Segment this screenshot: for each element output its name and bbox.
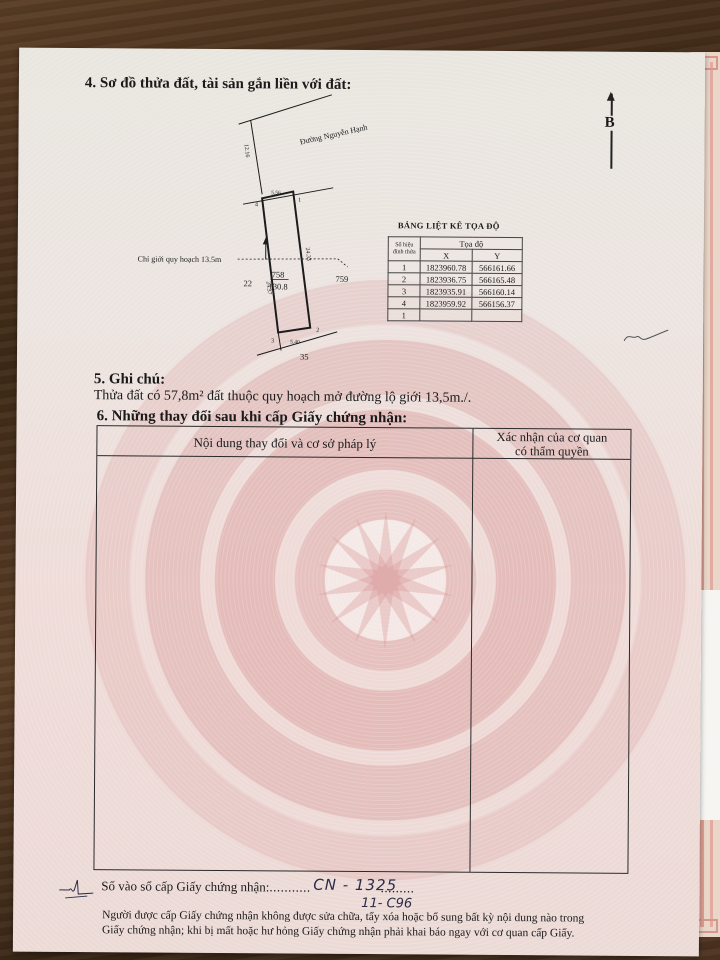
coordinate-table: Số hiệu đỉnh thửa Tọa độ X Y 1 1823960.7… [387,236,523,322]
point-cell: 3 [388,285,420,297]
edge-top-length: 5.56 [271,190,281,196]
edge-road-length: 12.16 [243,144,251,158]
y-cell: 566161.66 [472,261,522,273]
initial-signature [57,876,97,906]
edge-right-length: 24.33 [304,247,312,261]
parcel-area: 130.8 [268,281,287,291]
neighbor-parcel-35: 35 [300,352,309,362]
col-x-header: X [420,249,472,261]
pen-mark [622,327,672,347]
registry-label: Số vào sổ cấp Giấy chứng nhận: [101,878,269,894]
vertex-3: 3 [271,338,274,344]
plot-diagram: Đường Nguyễn Hạnh 12.16 5.56 1 4 24.33 2… [17,48,705,383]
road-name-label: Đường Nguyễn Hạnh [299,123,368,147]
vertex-1: 1 [298,198,301,204]
certificate-page: 4. Sơ đồ thửa đất, tài sản gắn liền với … [13,48,705,957]
y-cell: 566165.48 [472,273,522,285]
neighbor-parcel-22: 22 [243,278,252,288]
point-cell: 1 [388,261,420,273]
edge-bottom-length: 5.40 [290,340,300,346]
x-cell: 1823959.92 [420,297,472,309]
x-cell: 1823936.75 [420,273,472,285]
authority-confirmation-cell [470,460,630,873]
table-row: 1 1823960.78 566161.66 [388,261,522,274]
authority-header-line-1: Xác nhận của cơ quan [473,430,630,445]
y-cell: 566156.37 [472,297,522,309]
certificate-warning: Người được cấp Giấy chứng nhận không đượ… [102,908,662,942]
planning-line-label: Chỉ giới quy hoạch 13.5m [138,254,222,264]
table-row: 3 1823935.91 566160.14 [388,285,522,298]
col-coord-group-header: Tọa độ [420,237,522,250]
dot-leader: ........... [269,879,310,894]
table-row: 1 [388,309,522,322]
vertex-4: 4 [255,202,258,208]
underlying-white-sheet [700,590,720,820]
x-cell: 1823935.91 [420,285,472,297]
registry-number-handwritten-2: 11- C96 [361,896,412,911]
section-6-title: 6. Những thay đổi sau khi cấp Giấy chứng… [97,408,408,427]
section-5-note: Thửa đất có 57,8m² đất thuộc quy hoạch m… [94,388,472,407]
registry-number-handwritten: CN - 1325 [313,876,397,895]
vertex-2: 2 [316,328,319,334]
point-cell: 1 [388,309,420,321]
table-row: 2 1823936.75 566165.48 [388,273,522,286]
coordinate-table-title: BẢNG LIỆT KÊ TỌA ĐỘ [398,220,500,231]
x-cell [420,309,472,321]
point-cell: 4 [388,297,420,309]
y-cell [472,309,522,321]
changes-content-cell [94,457,472,872]
table-row: 4 1823959.92 566156.37 [388,297,522,310]
neighbor-parcel-759: 759 [336,274,349,284]
x-cell: 1823960.78 [420,261,472,273]
authority-header-line-2: có thẩm quyền [473,444,630,459]
y-cell: 566160.14 [472,285,522,297]
authority-confirmation-header: Xác nhận của cơ quan có thẩm quyền [473,430,630,459]
col-point-header: Số hiệu đỉnh thửa [388,237,420,261]
point-cell: 2 [388,273,420,285]
parcel-number: 758 [272,269,285,279]
col-y-header: Y [472,249,522,261]
section-5-title: 5. Ghi chú: [94,371,165,388]
border-ornament [696,919,718,933]
changes-content-header: Nội dung thay đổi và cơ sở pháp lý [97,434,472,453]
changes-table: Nội dung thay đổi và cơ sở pháp lý Xác n… [93,425,631,874]
